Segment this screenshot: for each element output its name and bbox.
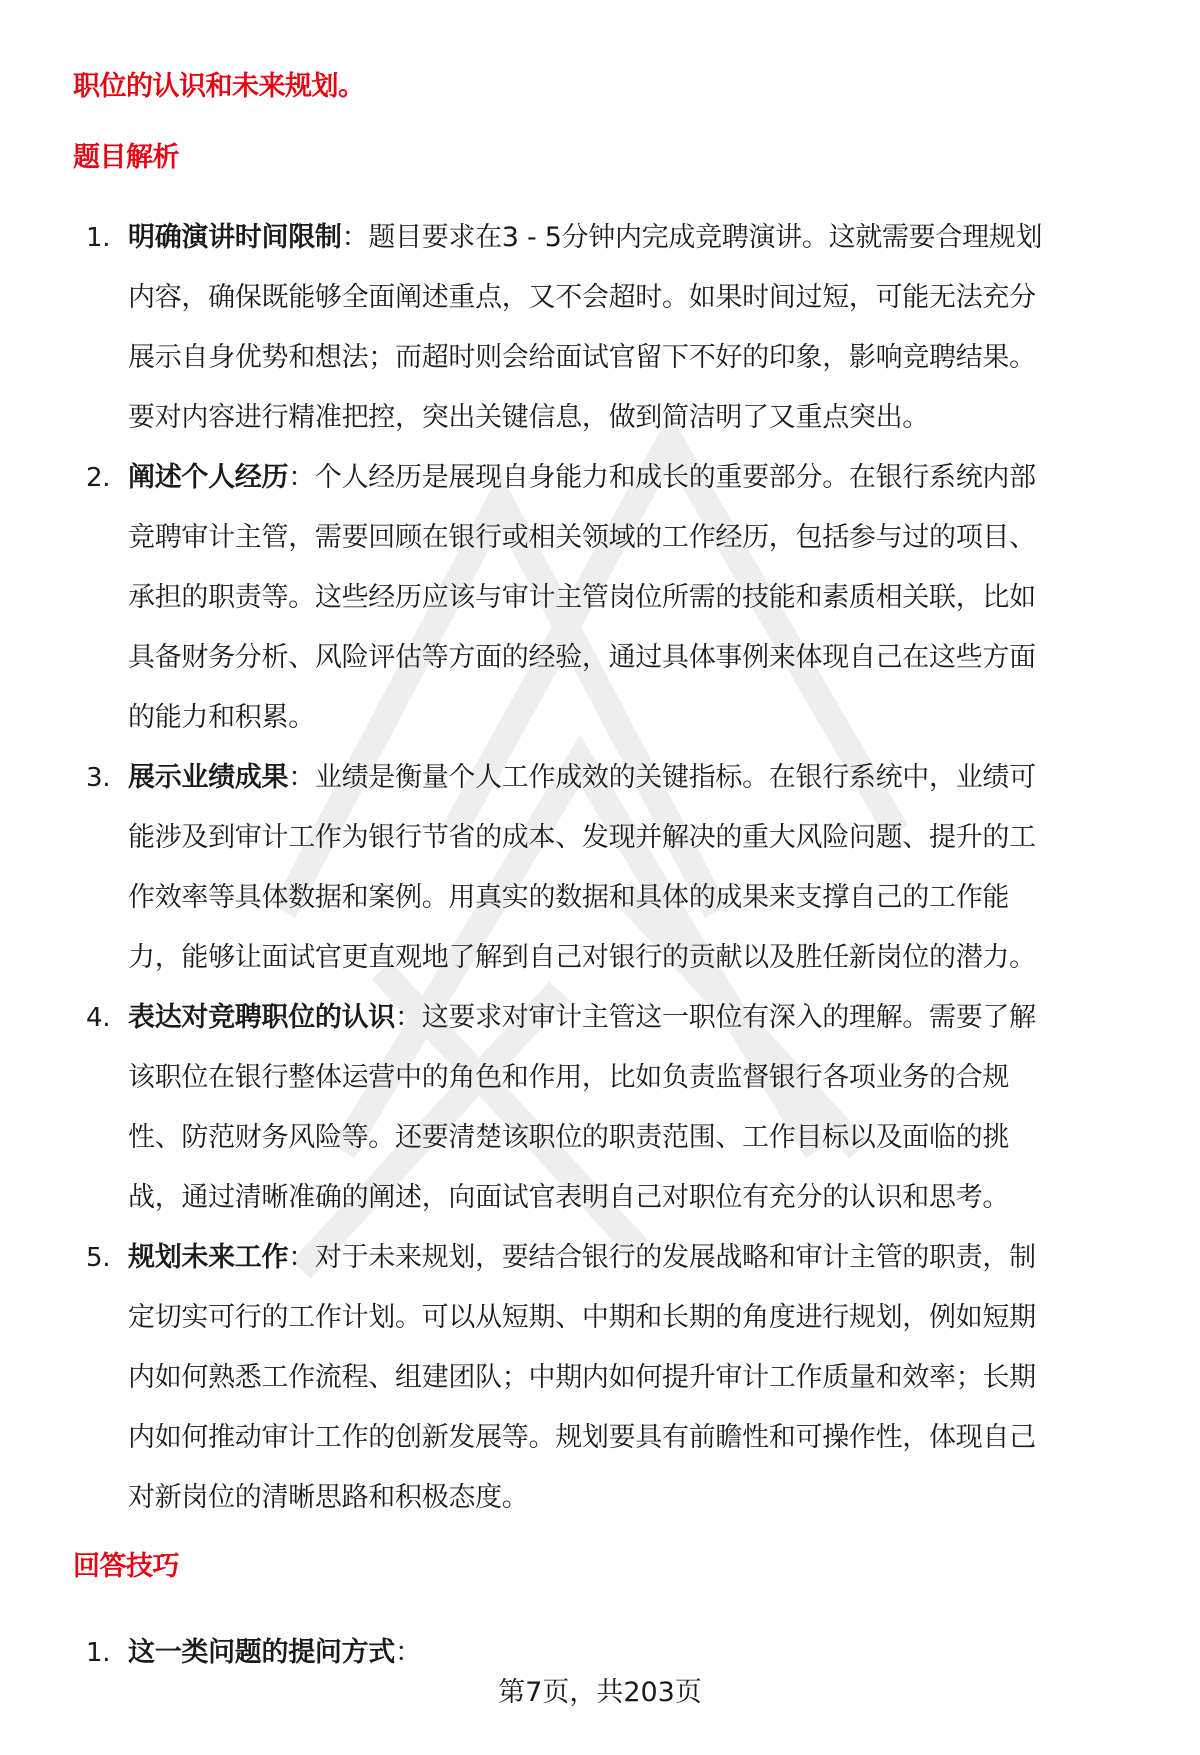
analysis-item-position-understanding: 4. 表达对竞聘职位的认识：这要求对审计主管这一职位有深入的理解。需要了解 该职… <box>0 988 1200 1228</box>
item-title: 表达对竞聘职位的认识 <box>128 1002 395 1033</box>
item-text-line: 对新岗位的清晰思路和积极态度。 <box>128 1468 1140 1528</box>
document-page: 职位的认识和未来规划。 题目解析 1. 明确演讲时间限制：题目要求在3 - 5分… <box>0 0 1200 1755</box>
analysis-item-achievements: 3. 展示业绩成果：业绩是衡量个人工作成效的关键指标。在银行系统中，业绩可 能涉… <box>0 748 1200 988</box>
item-text-line: 对于未来规划，要结合银行的发展战略和审计主管的职责，制 <box>315 1242 1036 1273</box>
item-number: 4. <box>86 988 110 1048</box>
section-heading-analysis: 题目解析 <box>73 135 179 174</box>
item-text-line: 性、防范财务风险等。还要清楚该职位的职责范围、工作目标以及面临的挑 <box>128 1108 1140 1168</box>
item-text-line: 内如何熟悉工作流程、组建团队；中期内如何提升审计工作质量和效率；长期 <box>128 1348 1140 1408</box>
item-text-line: 战，通过清晰准确的阐述，向面试官表明自己对职位有充分的认识和思考。 <box>128 1168 1140 1228</box>
item-text-line: 能涉及到审计工作为银行节省的成本、发现并解决的重大风险问题、提升的工 <box>128 808 1140 868</box>
item-separator: ： <box>288 462 315 493</box>
section-heading-tips: 回答技巧 <box>73 1544 179 1583</box>
item-text-line: 具备财务分析、风险评估等方面的经验，通过具体事例来体现自己在这些方面 <box>128 628 1140 688</box>
item-text-line: 内如何推动审计工作的创新发展等。规划要具有前瞻性和可操作性，体现自己 <box>128 1408 1140 1468</box>
item-title: 展示业绩成果 <box>128 762 288 793</box>
item-text-line: 内容，确保既能够全面阐述重点，又不会超时。如果时间过短，可能无法充分 <box>128 268 1140 328</box>
item-text-line: 作效率等具体数据和案例。用真实的数据和具体的成果来支撑自己的工作能 <box>128 868 1140 928</box>
analysis-item-future-plan: 5. 规划未来工作：对于未来规划，要结合银行的发展战略和审计主管的职责，制 定切… <box>0 1228 1200 1528</box>
item-text-line: 定切实可行的工作计划。可以从短期、中期和长期的角度进行规划，例如短期 <box>128 1288 1140 1348</box>
analysis-item-time-limit: 1. 明确演讲时间限制：题目要求在3 - 5分钟内完成竞聘演讲。这就需要合理规划… <box>0 208 1200 448</box>
item-separator: ： <box>395 1637 422 1668</box>
page-number-footer: 第7页，共203页 <box>0 1670 1200 1709</box>
item-separator: ： <box>288 1242 315 1273</box>
item-title: 明确演讲时间限制 <box>128 222 342 253</box>
item-separator: ： <box>288 762 315 793</box>
item-title: 这一类问题的提问方式 <box>128 1637 395 1668</box>
item-number: 2. <box>86 448 110 508</box>
item-text-line: 力，能够让面试官更直观地了解到自己对银行的贡献以及胜任新岗位的潜力。 <box>128 928 1140 988</box>
item-text-line: 这要求对审计主管这一职位有深入的理解。需要了解 <box>422 1002 1036 1033</box>
item-text-line: 个人经历是展现自身能力和成长的重要部分。在银行系统内部 <box>315 462 1036 493</box>
item-text-line: 展示自身优势和想法；而超时则会给面试官留下不好的印象，影响竞聘结果。 <box>128 328 1140 388</box>
item-title: 阐述个人经历 <box>128 462 288 493</box>
item-number: 3. <box>86 748 110 808</box>
item-text-line: 题目要求在3 - 5分钟内完成竞聘演讲。这就需要合理规划 <box>368 222 1042 253</box>
item-separator: ： <box>395 1002 422 1033</box>
item-title: 规划未来工作 <box>128 1242 288 1273</box>
item-text-line: 业绩是衡量个人工作成效的关键指标。在银行系统中，业绩可 <box>315 762 1036 793</box>
item-number: 1. <box>86 208 110 268</box>
item-number: 5. <box>86 1228 110 1288</box>
item-text-line: 的能力和积累。 <box>128 688 1140 748</box>
item-text-line: 竞聘审计主管，需要回顾在银行或相关领域的工作经历，包括参与过的项目、 <box>128 508 1140 568</box>
item-text-line: 该职位在银行整体运营中的角色和作用，比如负责监督银行各项业务的合规 <box>128 1048 1140 1108</box>
continued-heading: 职位的认识和未来规划。 <box>73 64 365 103</box>
analysis-item-personal-experience: 2. 阐述个人经历：个人经历是展现自身能力和成长的重要部分。在银行系统内部 竞聘… <box>0 448 1200 748</box>
analysis-list: 1. 明确演讲时间限制：题目要求在3 - 5分钟内完成竞聘演讲。这就需要合理规划… <box>0 208 1200 1528</box>
item-separator: ： <box>342 222 369 253</box>
item-text-line: 要对内容进行精准把控，突出关键信息，做到简洁明了又重点突出。 <box>128 388 1140 448</box>
item-text-line: 承担的职责等。这些经历应该与审计主管岗位所需的技能和素质相关联，比如 <box>128 568 1140 628</box>
